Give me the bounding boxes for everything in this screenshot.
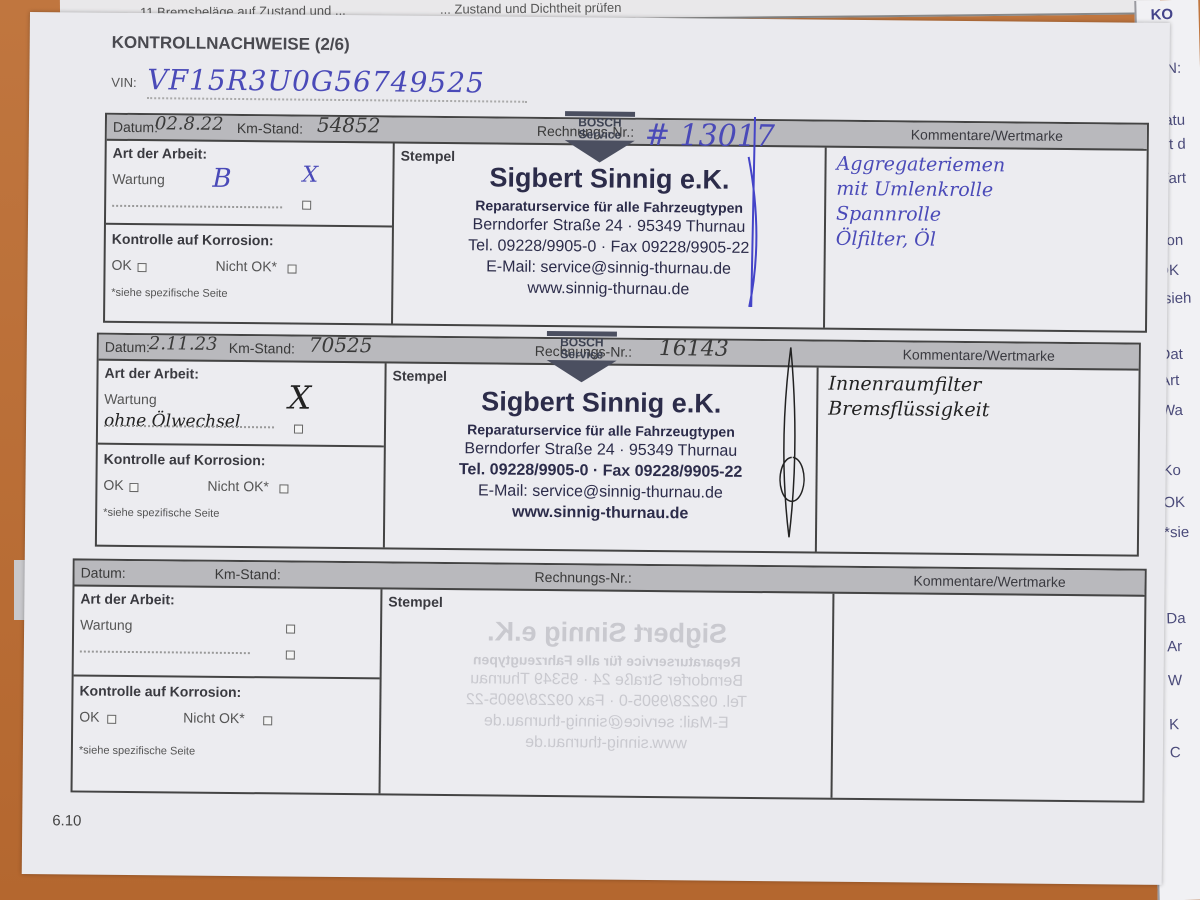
stempel-label: Stempel bbox=[392, 367, 447, 384]
datum-value: 02.8.22 bbox=[155, 113, 224, 135]
ok-option: OK bbox=[112, 257, 132, 273]
stamp-phone: Tel. 09228/9905-0 · Fax 09228/9905-22 bbox=[386, 460, 816, 482]
nicht-ok-label: Nicht OK* bbox=[215, 258, 277, 275]
korrosion-label: Kontrolle auf Korrosion: bbox=[104, 451, 266, 469]
comment-line: mit Umlenkrolle bbox=[836, 177, 1005, 204]
comments: Innenraumfilter Bremsflüssigkeit bbox=[828, 372, 990, 424]
datum-label: Datum: bbox=[113, 119, 158, 135]
wartung-checkbox[interactable] bbox=[286, 624, 295, 633]
signature-icon bbox=[733, 117, 775, 317]
wartung-check-mark: X bbox=[302, 163, 318, 188]
wartung-label: Wartung bbox=[80, 617, 133, 634]
nicht-ok-option: Nicht OK* bbox=[207, 478, 269, 495]
faint-web: www.sinnig-thurnau.de bbox=[381, 732, 831, 754]
comments-section: Kommentare/Wertmarke Innenraumfilter Bre… bbox=[817, 342, 1139, 555]
comments-section: Kommentare/Wertmarke Aggregateriemen mit… bbox=[825, 122, 1147, 331]
comment-line: Bremsflüssigkeit bbox=[828, 397, 989, 424]
service-entry-3: Datum: Km-Stand: Rechnungs-Nr.: Art der … bbox=[71, 558, 1147, 802]
km-stand-value: 70525 bbox=[309, 333, 373, 358]
nicht-ok-option: Nicht OK* bbox=[183, 710, 245, 727]
work-type-section: Art der Arbeit: Wartung B X Kontrolle au… bbox=[105, 141, 395, 324]
stamp-company: Sigbert Sinnig e.K. bbox=[386, 385, 816, 420]
edge-fragment: OK bbox=[1163, 494, 1185, 512]
footnote: *siehe spezifische Seite bbox=[79, 745, 195, 758]
edge-fragment: Da bbox=[1166, 610, 1186, 627]
stempel-label: Stempel bbox=[388, 593, 443, 610]
wartung-label: Wartung bbox=[104, 391, 157, 408]
stamp-web: www.sinnig-thurnau.de bbox=[385, 502, 815, 524]
stamp-tagline: Reparaturservice für alle Fahrzeugtypen bbox=[386, 420, 816, 440]
datum-value: 2.11.23 bbox=[149, 333, 218, 355]
service-booklet-page: KONTROLLNACHWEISE (2/6) VIN: VF15R3U0G56… bbox=[22, 12, 1170, 885]
nicht-ok-checkbox[interactable] bbox=[279, 484, 288, 493]
kommentare-label: Kommentare/Wertmarke bbox=[834, 568, 1144, 595]
edge-fragment: *sie bbox=[1164, 524, 1189, 542]
art-der-arbeit-label: Art der Arbeit: bbox=[80, 591, 175, 608]
datum-label: Datum: bbox=[81, 565, 126, 581]
footnote: *siehe spezifische Seite bbox=[111, 287, 227, 300]
ok-label: OK bbox=[103, 477, 123, 493]
wartung-label: Wartung bbox=[112, 171, 165, 188]
edge-fragment: Ar bbox=[1167, 638, 1182, 655]
signature-icon bbox=[771, 347, 813, 547]
edge-fragment: C bbox=[1170, 744, 1181, 761]
extra-checkbox[interactable] bbox=[286, 650, 295, 659]
stamp-section: Stempel BOSCH Service # 13017 Sigbert Si… bbox=[393, 144, 827, 328]
comments-section: Kommentare/Wertmarke bbox=[832, 568, 1144, 801]
dotted-line bbox=[80, 651, 250, 655]
footnote: *siehe spezifische Seite bbox=[103, 507, 219, 520]
rechnungs-nr-value: 16143 bbox=[659, 336, 729, 362]
divider bbox=[74, 674, 380, 679]
faint-address: Berndorfer Straße 24 · 95349 Thurnau bbox=[382, 669, 832, 691]
stamp-address: Berndorfer Straße 24 · 95349 Thurnau bbox=[386, 439, 816, 461]
faint-company: Sigbert Sinnig e.K. bbox=[382, 615, 832, 650]
bosch-service-logo-icon: BOSCH Service bbox=[546, 331, 617, 394]
ok-label: OK bbox=[112, 257, 132, 273]
vin-label: VIN: bbox=[111, 75, 136, 90]
service-text: Service bbox=[565, 128, 635, 141]
work-type-section: Art der Arbeit: Wartung Kontrolle auf Ko… bbox=[73, 586, 383, 793]
ok-checkbox[interactable] bbox=[138, 263, 147, 272]
dotted-line bbox=[112, 205, 282, 209]
stamp-bleed-through: Sigbert Sinnig e.K. Reparaturservice für… bbox=[381, 615, 832, 754]
faint-email: E-Mail: service@sinnig-thurnau.de bbox=[381, 711, 831, 733]
service-text: Service bbox=[547, 348, 617, 361]
comment-line: Aggregateriemen bbox=[836, 152, 1005, 179]
wartung-check-mark: X bbox=[288, 378, 311, 416]
km-stand-label: Km-Stand: bbox=[215, 566, 281, 583]
work-type-section: Art der Arbeit: Wartung X ohne Ölwechsel… bbox=[97, 361, 387, 548]
kommentare-label: Kommentare/Wertmarke bbox=[827, 122, 1147, 149]
comment-line: Spannrolle bbox=[836, 202, 1005, 229]
edge-title: KO bbox=[1150, 6, 1173, 24]
service-entry-1: Datum: 02.8.22 Km-Stand: 54852 Rechnungs… bbox=[103, 113, 1149, 333]
km-stand-label: Km-Stand: bbox=[229, 340, 295, 357]
ok-checkbox[interactable] bbox=[129, 483, 138, 492]
nicht-ok-checkbox[interactable] bbox=[263, 716, 272, 725]
stamp-section: Stempel Sigbert Sinnig e.K. Reparaturser… bbox=[381, 589, 835, 797]
wartung-note: B bbox=[212, 164, 231, 194]
ok-option: OK bbox=[103, 477, 123, 493]
km-stand-label: Km-Stand: bbox=[237, 120, 303, 137]
nicht-ok-label: Nicht OK* bbox=[207, 478, 269, 495]
korrosion-label: Kontrolle auf Korrosion: bbox=[112, 231, 274, 249]
rechnungs-nr-label: Rechnungs-Nr.: bbox=[535, 569, 632, 586]
extra-checkbox[interactable] bbox=[302, 201, 311, 210]
page-number: 6.10 bbox=[52, 812, 81, 829]
datum-label: Datum: bbox=[105, 339, 150, 355]
comment-line: Ölfilter, Öl bbox=[836, 227, 1005, 254]
faint-tagline: Reparaturservice für alle Fahrzeugtypen bbox=[382, 650, 832, 670]
divider bbox=[98, 443, 384, 448]
edge-fragment: K bbox=[1169, 716, 1179, 733]
extra-work-note: ohne Ölwechsel bbox=[104, 411, 240, 432]
comment-line: Innenraumfilter bbox=[828, 372, 989, 399]
kommentare-label: Kommentare/Wertmarke bbox=[819, 342, 1139, 369]
nicht-ok-option: Nicht OK* bbox=[215, 258, 277, 275]
art-der-arbeit-label: Art der Arbeit: bbox=[113, 145, 208, 162]
stamp-email: E-Mail: service@sinnig-thurnau.de bbox=[385, 481, 815, 503]
ok-label: OK bbox=[79, 709, 99, 725]
art-der-arbeit-label: Art der Arbeit: bbox=[104, 365, 199, 382]
ok-checkbox[interactable] bbox=[107, 715, 116, 724]
nicht-ok-checkbox[interactable] bbox=[288, 264, 297, 273]
comments: Aggregateriemen mit Umlenkrolle Spannrol… bbox=[836, 152, 1006, 254]
vin-value: VF15R3U0G56749525 bbox=[147, 63, 485, 99]
page-title: KONTROLLNACHWEISE (2/6) bbox=[112, 33, 350, 55]
stamp-section: Stempel BOSCH Service Sigbert Sinnig e.K… bbox=[385, 363, 819, 551]
nicht-ok-label: Nicht OK* bbox=[183, 710, 245, 727]
edge-fragment: W bbox=[1168, 672, 1183, 689]
extra-checkbox[interactable] bbox=[294, 425, 303, 434]
strip-text-right: ... Zustand und Dichtheit prüfen bbox=[440, 0, 622, 17]
faint-phone: Tel. 09228/9905-0 · Fax 09228/9905-22 bbox=[381, 690, 831, 712]
ok-option: OK bbox=[79, 709, 99, 725]
divider bbox=[106, 223, 392, 228]
korrosion-label: Kontrolle auf Korrosion: bbox=[79, 683, 241, 701]
workshop-stamp: Sigbert Sinnig e.K. Reparaturservice für… bbox=[385, 385, 816, 524]
km-stand-value: 54852 bbox=[317, 113, 381, 138]
service-entry-2: Datum: 2.11.23 Km-Stand: 70525 Rechnungs… bbox=[95, 333, 1141, 557]
